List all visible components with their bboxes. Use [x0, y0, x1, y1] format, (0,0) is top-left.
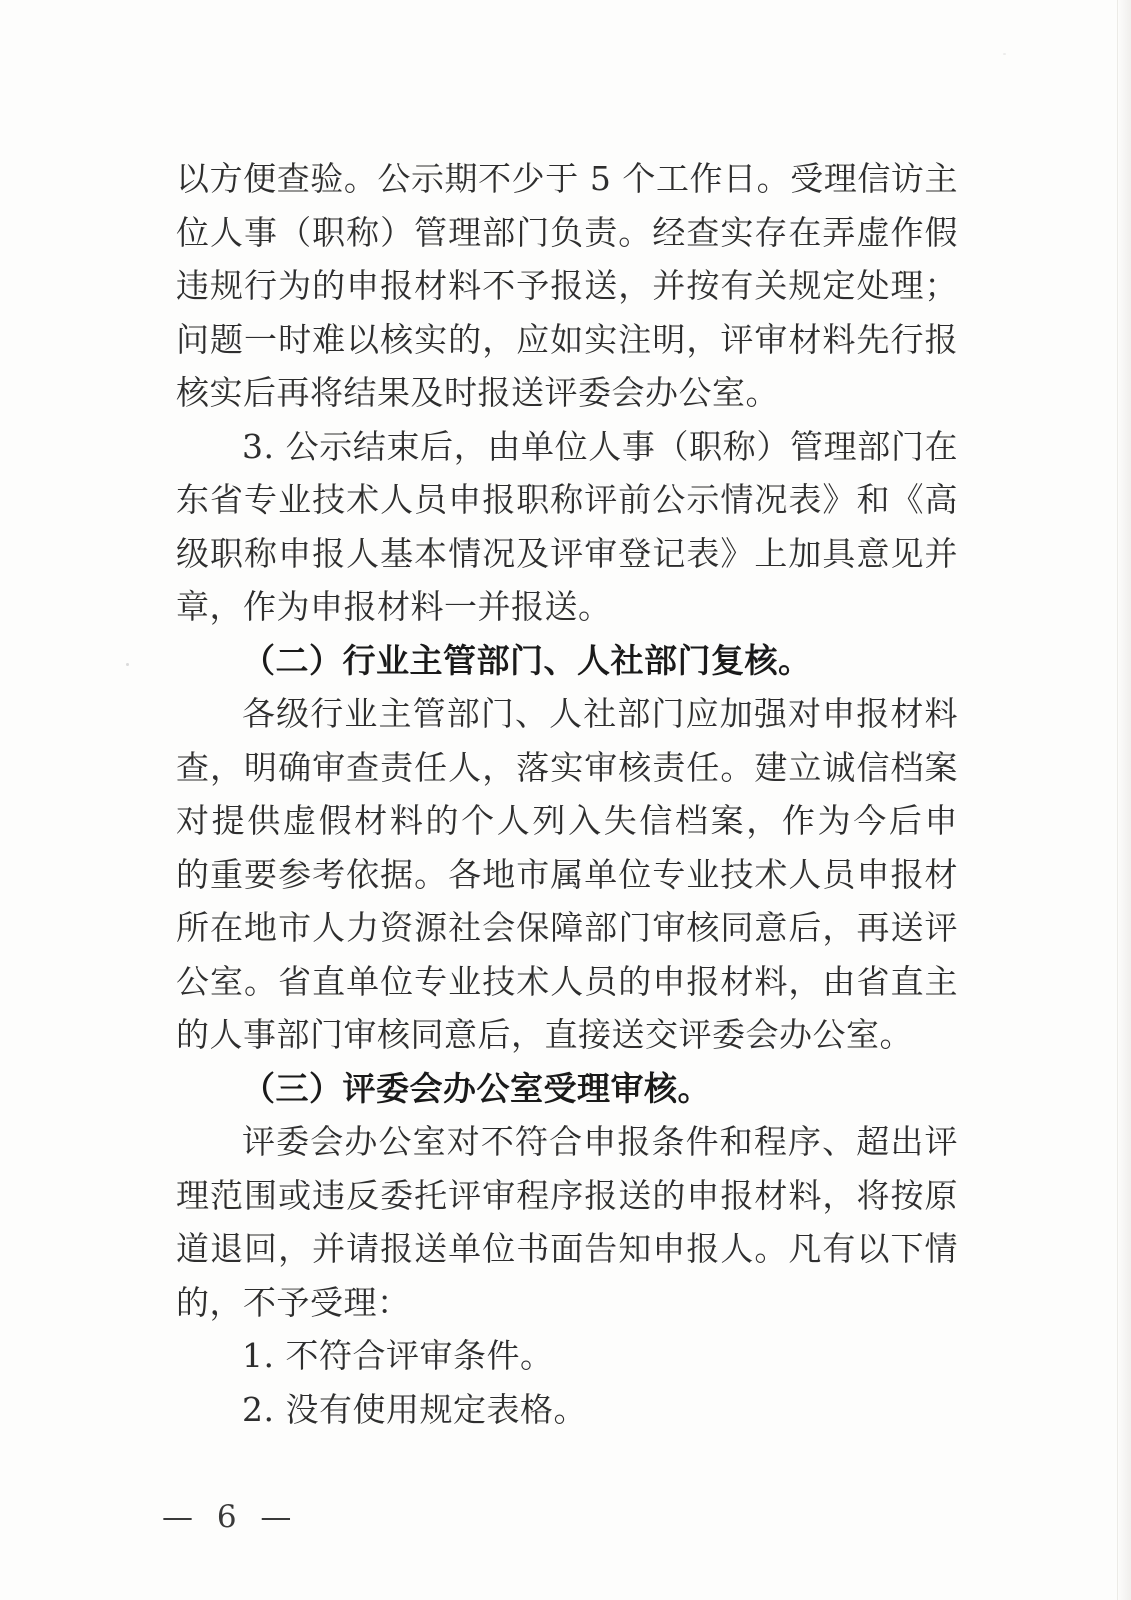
text-line: 2. 没有使用规定表格。: [176, 1383, 958, 1437]
section-heading: （二）行业主管部门、人社部门复核。: [176, 634, 958, 688]
text-line: 核实后再将结果及时报送评委会办公室。: [176, 366, 958, 420]
document-body: 以方便查验。公示期不少于 5 个工作日。受理信访主要由单位人事（职称）管理部门负…: [176, 152, 958, 1436]
text-line: 评委会办公室对不符合申报条件和程序、超出评委会受: [176, 1115, 958, 1169]
scan-artifact: [1003, 53, 1006, 55]
text-line: 对提供虚假材料的个人列入失信档案，作为今后申报、评审: [176, 794, 958, 848]
text-line: 位人事（职称）管理部门负责。经查实存在弄虚作假或其它: [176, 206, 958, 260]
section-heading: （三）评委会办公室受理审核。: [176, 1062, 958, 1116]
text-line: 的人事部门审核同意后，直接送交评委会办公室。: [176, 1008, 958, 1062]
text-line: 级职称申报人基本情况及评审登记表》上加具意见并加盖公: [176, 527, 958, 581]
text-line: 道退回，并请报送单位书面告知申报人。凡有以下情形之一: [176, 1222, 958, 1276]
text-line: 理范围或违反委托评审程序报送的申报材料，将按原报送渠: [176, 1169, 958, 1223]
text-line: 东省专业技术人员申报职称评前公示情况表》和《高（中）: [176, 473, 958, 527]
scan-artifact: [126, 663, 129, 666]
text-line: 所在地市人力资源社会保障部门审核同意后，再送评委会办: [176, 901, 958, 955]
text-line: 的重要参考依据。各地市属单位专业技术人员申报材料须送: [176, 848, 958, 902]
page-number: — 6 —: [162, 1499, 298, 1535]
text-line: 违规行为的申报材料不予报送，并按有关规定处理；对举报: [176, 259, 958, 313]
text-line: 的，不予受理：: [176, 1276, 958, 1330]
scan-edge-line: [1117, 0, 1118, 1600]
text-line: 以方便查验。公示期不少于 5 个工作日。受理信访主要由单: [176, 152, 958, 206]
scan-edge-shading: [1117, 0, 1131, 1600]
text-line: 问题一时难以核实的，应如实注明，评审材料先行报送，待: [176, 313, 958, 367]
text-line: 公室。省直单位专业技术人员的申报材料，由省直主管部门: [176, 955, 958, 1009]
text-line: 1. 不符合评审条件。: [176, 1329, 958, 1383]
text-line: 各级行业主管部门、人社部门应加强对申报材料的审: [176, 687, 958, 741]
document-page: 以方便查验。公示期不少于 5 个工作日。受理信访主要由单位人事（职称）管理部门负…: [0, 0, 1131, 1600]
text-line: 查，明确审查责任人，落实审核责任。建立诚信档案制度，: [176, 741, 958, 795]
text-line: 章，作为申报材料一并报送。: [176, 580, 958, 634]
text-line: 3. 公示结束后，由单位人事（职称）管理部门在《广: [176, 420, 958, 474]
